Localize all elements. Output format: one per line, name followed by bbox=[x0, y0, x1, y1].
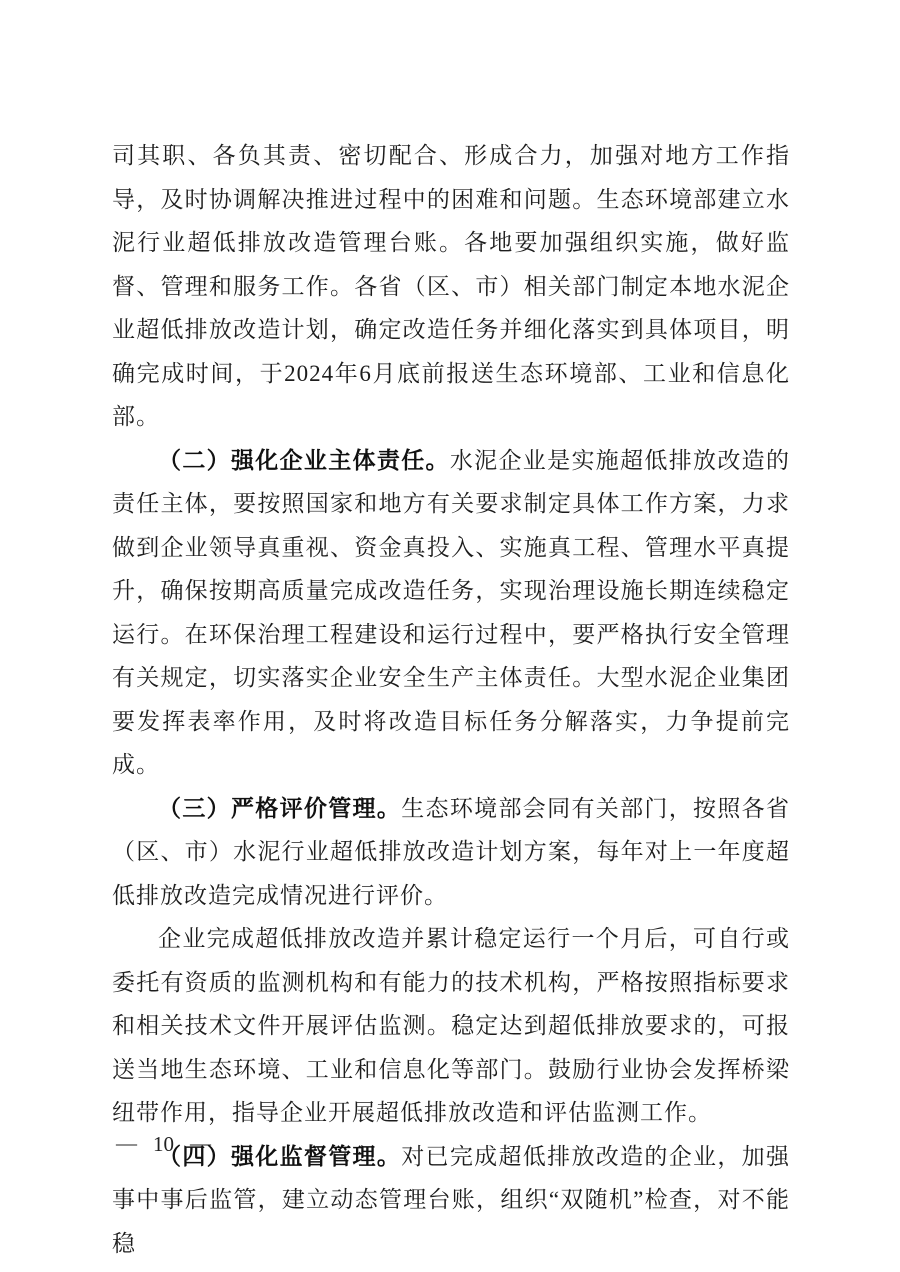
page-number: 10 bbox=[153, 1132, 174, 1157]
section-heading-2: （二）强化企业主体责任。 bbox=[158, 448, 450, 473]
section-heading-3: （三）严格评价管理。 bbox=[158, 796, 401, 821]
paragraph-text: 水泥企业是实施超低排放改造的责任主体，要按照国家和地方有关要求制定具体工作方案，… bbox=[112, 448, 790, 778]
paragraph-section-2: （二）强化企业主体责任。水泥企业是实施超低排放改造的责任主体，要按照国家和地方有… bbox=[112, 439, 790, 787]
page-footer: — 10 — bbox=[116, 1130, 211, 1158]
paragraph-section-4: （四）强化监督管理。对已完成超低排放改造的企业，加强事中事后监管，建立动态管理台… bbox=[112, 1135, 790, 1266]
paragraph-text: 企业完成超低排放改造并累计稳定运行一个月后，可自行或委托有资质的监测机构和有能力… bbox=[112, 926, 790, 1125]
footer-dash-left: — bbox=[116, 1131, 137, 1156]
paragraph-text: 司其职、各负其责、密切配合、形成合力，加强对地方工作指导，及时协调解决推进过程中… bbox=[112, 143, 790, 429]
paragraph-section-3: （三）严格评价管理。生态环境部会同有关部门，按照各省（区、市）水泥行业超低排放改… bbox=[112, 787, 790, 918]
paragraph-continuation: 司其职、各负其责、密切配合、形成合力，加强对地方工作指导，及时协调解决推进过程中… bbox=[112, 134, 790, 439]
document-body: 司其职、各负其责、密切配合、形成合力，加强对地方工作指导，及时协调解决推进过程中… bbox=[112, 134, 790, 1265]
paragraph-evaluation-monitoring: 企业完成超低排放改造并累计稳定运行一个月后，可自行或委托有资质的监测机构和有能力… bbox=[112, 917, 790, 1135]
document-page: 司其职、各负其责、密切配合、形成合力，加强对地方工作指导，及时协调解决推进过程中… bbox=[0, 0, 900, 1272]
footer-dash-right: — bbox=[190, 1131, 211, 1156]
